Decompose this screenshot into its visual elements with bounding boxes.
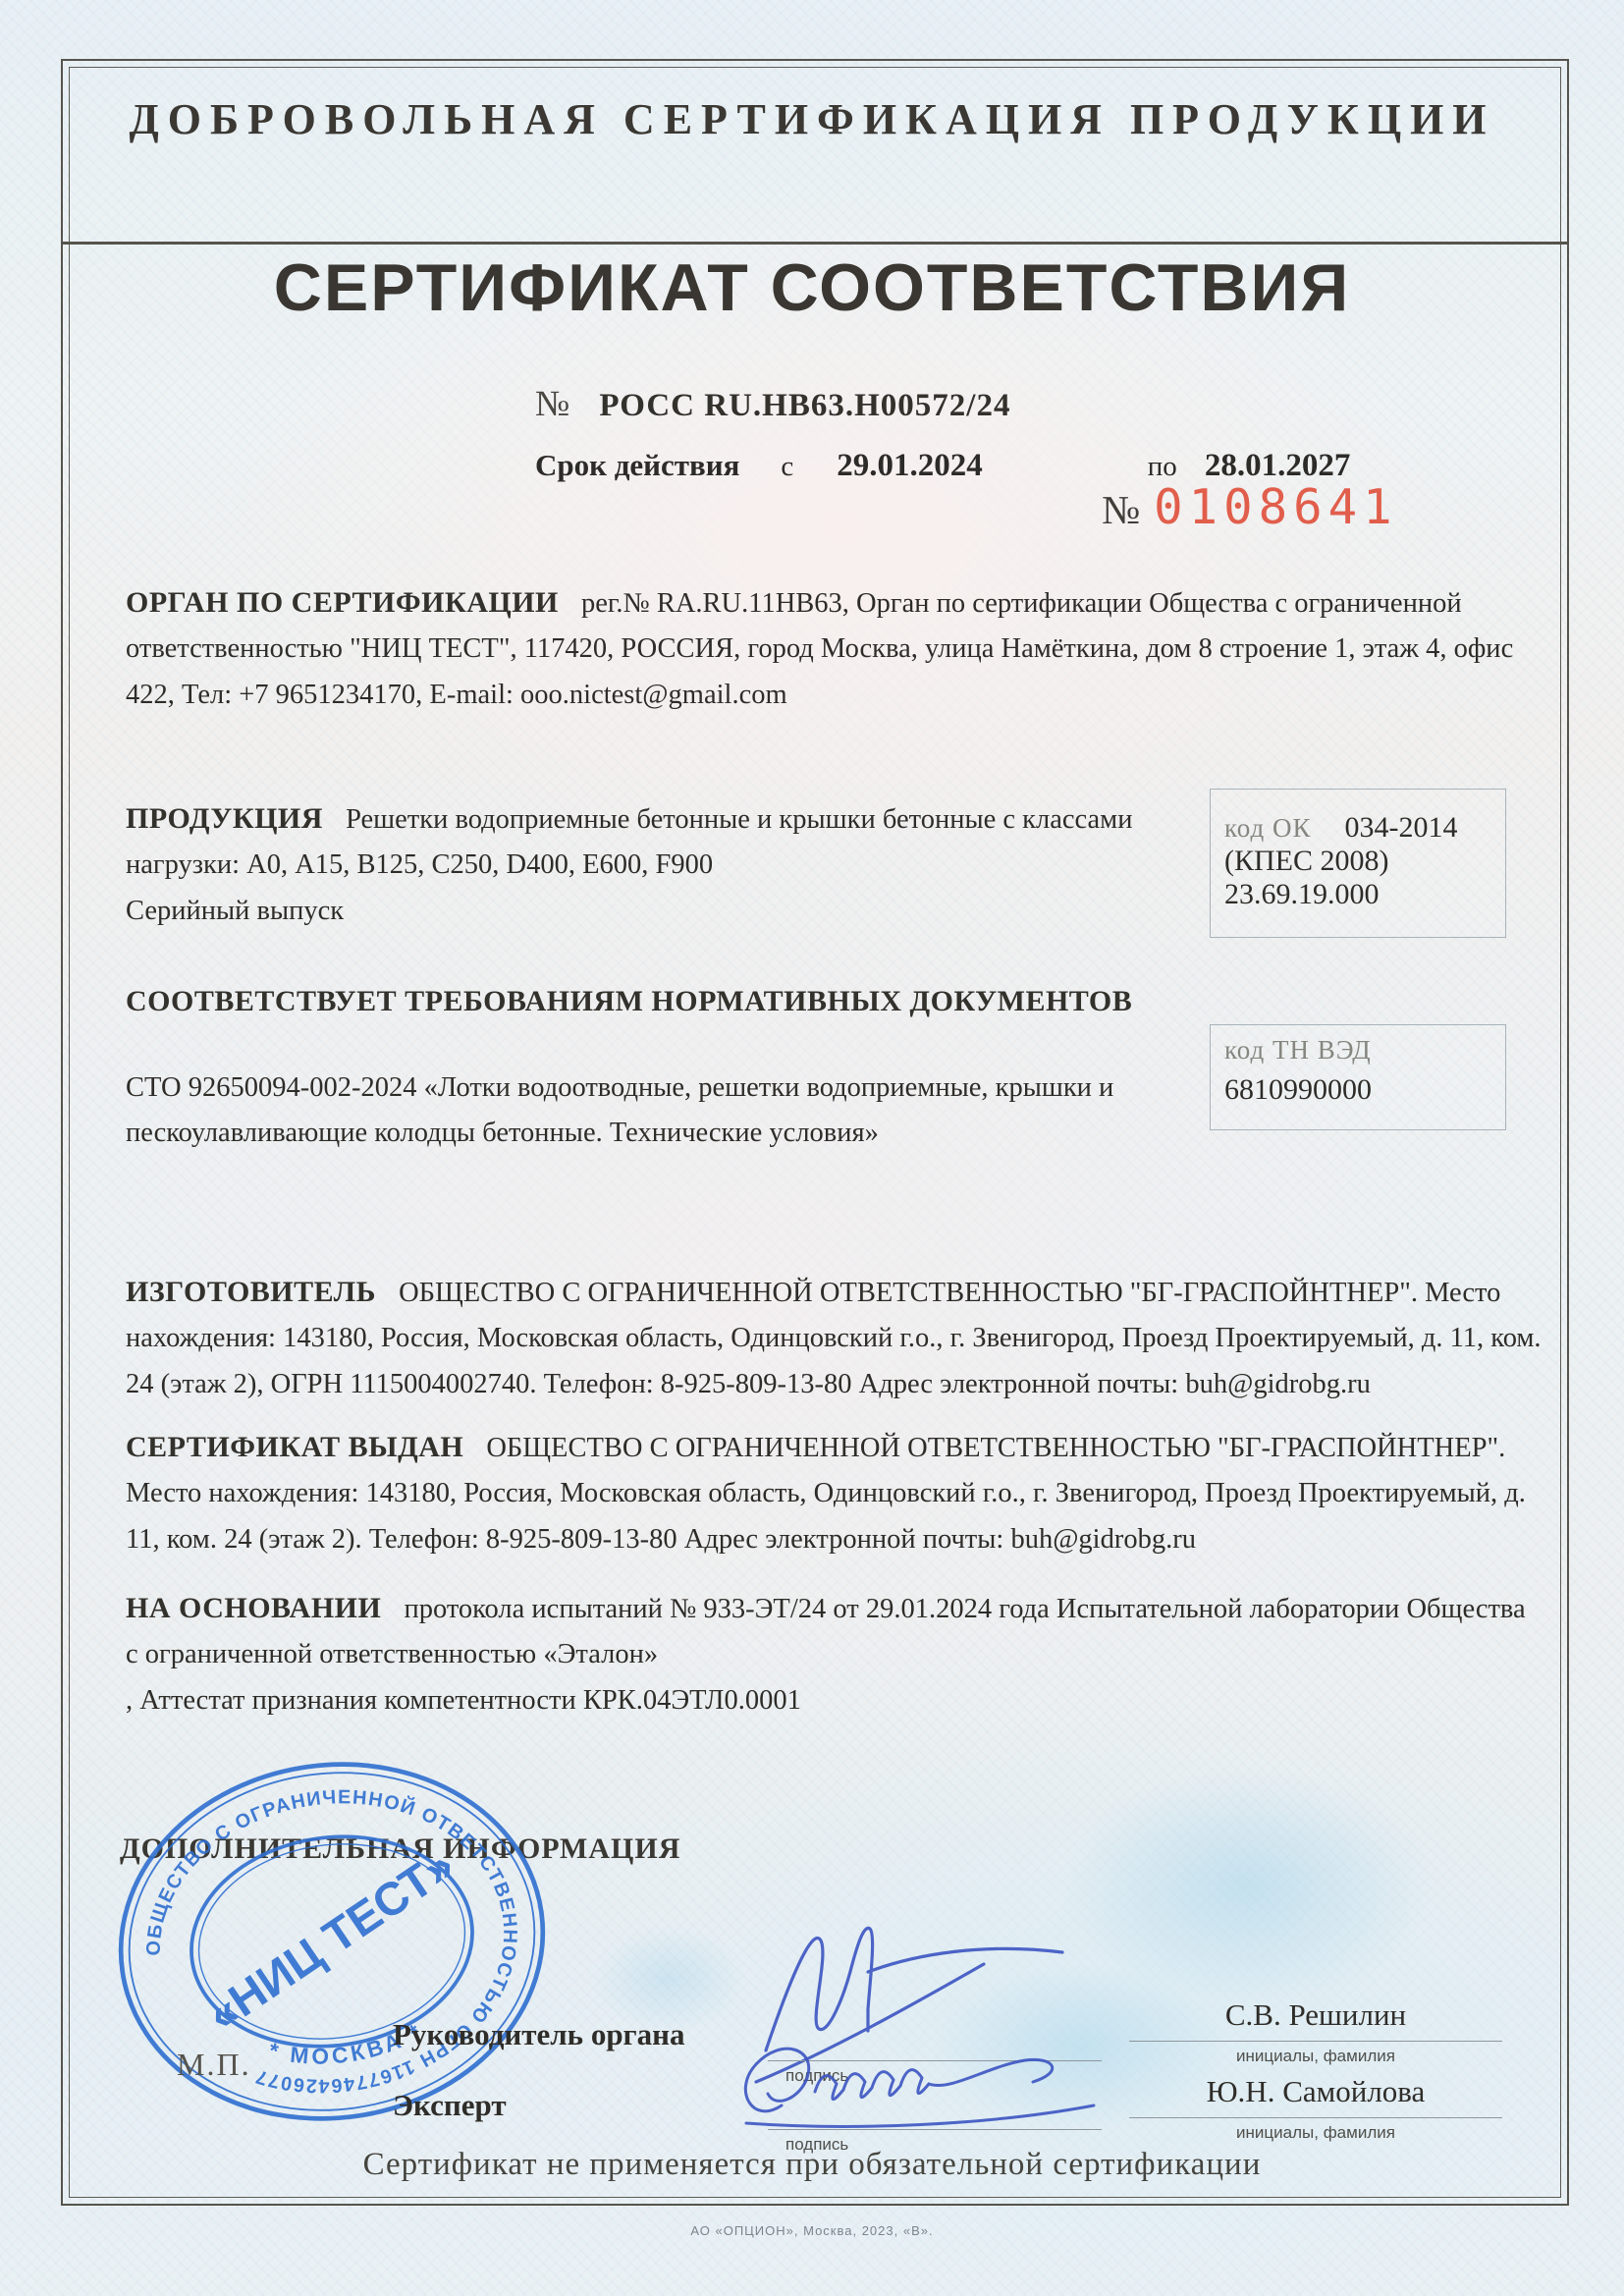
tnved-code-box: код ТН ВЭД 6810990000 xyxy=(1210,1024,1506,1130)
validity-from-date: 29.01.2024 xyxy=(837,448,983,484)
head-name-line xyxy=(1129,2041,1502,2042)
issued-to-label: СЕРТИФИКАТ ВЫДАН xyxy=(126,1431,463,1463)
conformity-paragraph: СТО 92650094-002-2024 «Лотки водоотводны… xyxy=(126,1066,1181,1157)
certificate-number-line: № РОСС RU.НВ63.Н00572/24 xyxy=(535,383,1010,425)
basis-label: НА ОСНОВАНИИ xyxy=(126,1592,381,1624)
number-sign: № xyxy=(535,383,569,425)
stamp-place-label: М.П. xyxy=(177,2047,251,2083)
validity-from-label: с xyxy=(781,451,793,483)
blank-number: 0108641 xyxy=(1154,479,1398,535)
print-house-note: АО «ОПЦИОН», Москва, 2023, «В». xyxy=(0,2223,1624,2238)
basis-text2: , Аттестат признания компетентности КРК.… xyxy=(126,1678,1544,1724)
blank-number-line: № 0108641 xyxy=(1102,479,1398,535)
expert-name: Ю.Н. Самойлова xyxy=(1119,2074,1512,2109)
certificate-page: ДОБРОВОЛЬНАЯ СЕРТИФИКАЦИЯ ПРОДУКЦИИ СЕРТ… xyxy=(0,0,1624,2296)
blank-number-sign: № xyxy=(1102,486,1140,533)
certification-body-paragraph: ОРГАН ПО СЕРТИФИКАЦИИ рег.№ RA.RU.11НВ63… xyxy=(126,578,1547,719)
validity-label: Срок действия xyxy=(535,448,739,483)
ok-code-value2: (КПЕС 2008) xyxy=(1224,845,1491,878)
ok-code-label: код ОК xyxy=(1224,813,1311,844)
head-role-label: Руководитель органа xyxy=(393,2017,685,2052)
product-serial: Серийный выпуск xyxy=(126,889,1196,935)
issued-to-paragraph: СЕРТИФИКАТ ВЫДАН ОБЩЕСТВО С ОГРАНИЧЕННОЙ… xyxy=(126,1423,1544,1563)
head-name: С.В. Решилин xyxy=(1119,1997,1512,2033)
tnved-value: 6810990000 xyxy=(1224,1073,1491,1107)
basis-paragraph: НА ОСНОВАНИИ протокола испытаний № 933-Э… xyxy=(126,1584,1544,1724)
ok-code-value: 034-2014 xyxy=(1344,811,1457,845)
expert-name-line xyxy=(1129,2117,1502,2118)
expert-signature-line xyxy=(768,2129,1102,2130)
band-title: ДОБРОВОЛЬНАЯ СЕРТИФИКАЦИЯ ПРОДУКЦИИ xyxy=(0,94,1624,144)
expert-role-label: Эксперт xyxy=(393,2088,507,2123)
head-name-caption: инициалы, фамилия xyxy=(1129,2047,1502,2066)
ok-code-value3: 23.69.19.000 xyxy=(1224,878,1491,911)
tnved-label: код ТН ВЭД xyxy=(1224,1035,1491,1066)
product-label: ПРОДУКЦИЯ xyxy=(126,802,323,835)
ok-code-box: код ОК 034-2014 (КПЕС 2008) 23.69.19.000 xyxy=(1210,789,1506,938)
manufacturer-label: ИЗГОТОВИТЕЛЬ xyxy=(126,1276,376,1308)
certificate-number: РОСС RU.НВ63.Н00572/24 xyxy=(599,388,1010,424)
product-paragraph: ПРОДУКЦИЯ Решетки водоприемные бетонные … xyxy=(126,794,1196,935)
expert-name-caption: инициалы, фамилия xyxy=(1129,2123,1502,2143)
header-divider xyxy=(61,242,1569,245)
conformity-heading: СООТВЕТСТВУЕТ ТРЕБОВАНИЯМ НОРМАТИВНЫХ ДО… xyxy=(126,985,1132,1018)
page-title: СЕРТИФИКАТ СООТВЕТСТВИЯ xyxy=(0,249,1624,326)
certification-body-label: ОРГАН ПО СЕРТИФИКАЦИИ xyxy=(126,586,559,619)
bottom-note: Сертификат не применяется при обязательн… xyxy=(0,2147,1624,2183)
manufacturer-paragraph: ИЗГОТОВИТЕЛЬ ОБЩЕСТВО С ОГРАНИЧЕННОЙ ОТВ… xyxy=(126,1268,1544,1408)
org-stamp-icon: ОБЩЕСТВО С ОГРАНИЧЕННОЙ ОТВЕТСТВЕННОСТЬЮ… xyxy=(73,1724,591,2158)
